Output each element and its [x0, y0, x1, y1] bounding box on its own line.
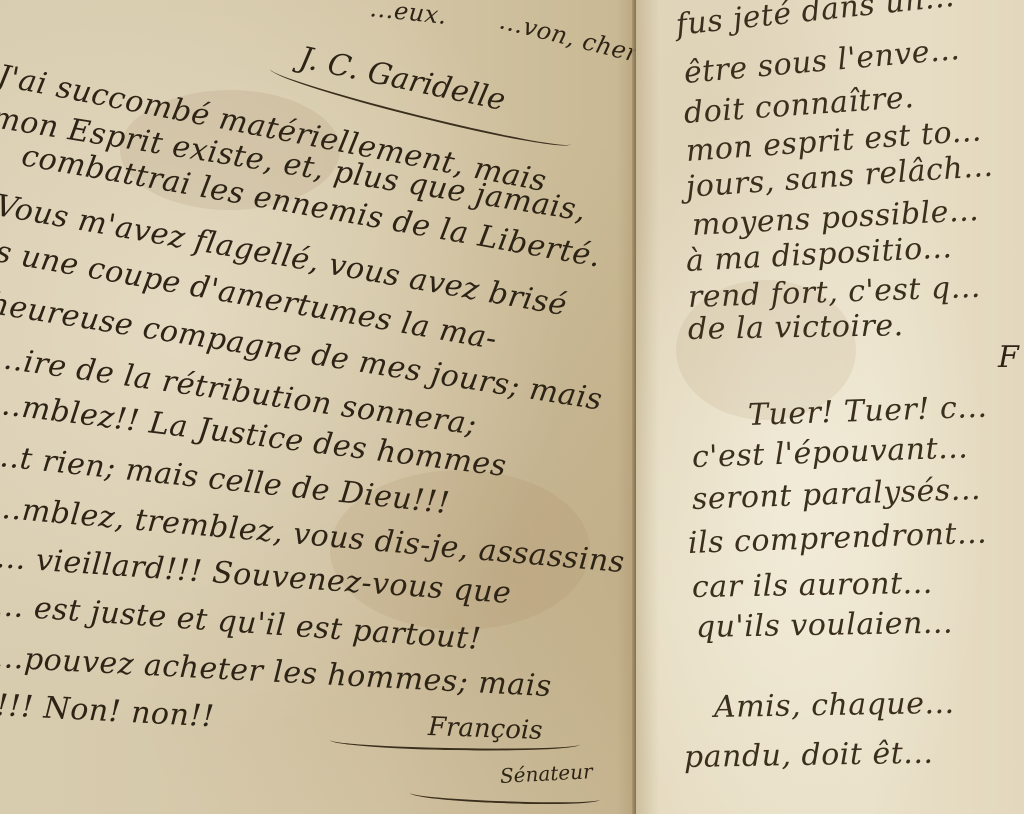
signature-title-senateur: Sénateur	[499, 759, 593, 788]
left-page: ...eux. ...von, cher J. C. Garidelle J'a…	[0, 0, 636, 814]
manuscript-line: c'est l'épouvant...	[691, 430, 968, 475]
edge-initial: F	[998, 340, 1019, 375]
manuscript-line: seront paralysés...	[691, 472, 981, 517]
signature-underline	[330, 732, 580, 752]
top-fragment-right: ...von, cher	[497, 6, 636, 68]
manuscript-line: pandu, doit êt...	[684, 736, 934, 775]
title-underline	[410, 786, 600, 807]
right-page: fus jeté dans un... être sous l'enve... …	[636, 0, 1024, 814]
top-fragment-left: ...eux.	[369, 0, 449, 30]
manuscript-line: Tuer! Tuer! c...	[747, 390, 988, 433]
manuscript-line: car ils auront...	[692, 566, 933, 605]
manuscript-line: qu'ils voulaien...	[696, 606, 954, 645]
manuscript-line: !!! Non! non!!	[0, 688, 215, 734]
manuscript-line: ils comprendront...	[687, 516, 987, 561]
manuscript-line: de la victoire.	[688, 308, 904, 347]
manuscript-line: être sous l'enve...	[682, 32, 961, 91]
manuscript-line: Amis, chaque...	[714, 686, 955, 725]
